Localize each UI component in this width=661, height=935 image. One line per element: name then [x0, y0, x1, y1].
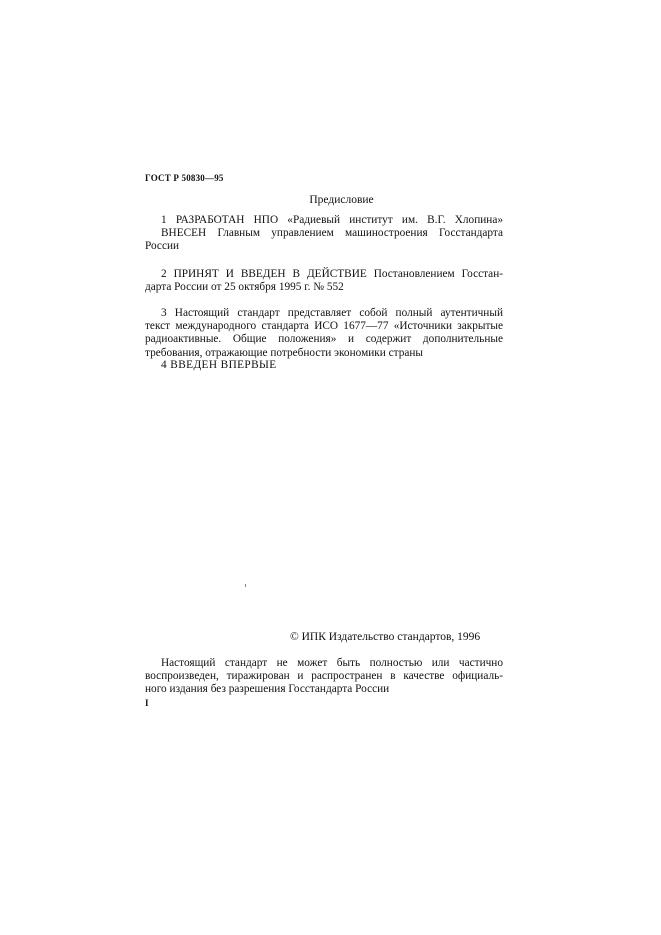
notice-line-2: воспроизведен, тиражирован и распростран… — [145, 670, 503, 683]
section-1-line-3: России — [145, 240, 503, 253]
section-3-line-2: текст международного стандарта ИСО 1677—… — [145, 320, 503, 333]
standard-header: ГОСТ Р 50830—95 — [145, 173, 224, 183]
section-1-line-1: 1 РАЗРАБОТАН НПО «Радиевый институт им. … — [145, 214, 503, 227]
section-3-line-4: требования, отражающие потребности эконо… — [145, 347, 503, 360]
notice-line-3: ного издания без разрешения Госстандарта… — [145, 683, 503, 696]
section-3: 3 Настоящий стандарт представляет собой … — [145, 307, 503, 360]
section-2-line-1: 2 ПРИНЯТ И ВВЕДЕН В ДЕЙСТВИЕ Постановлен… — [145, 268, 503, 281]
page-title: Предисловие — [0, 194, 661, 206]
page-number: I — [145, 698, 149, 708]
document-page: ГОСТ Р 50830—95 Предисловие 1 РАЗРАБОТАН… — [0, 0, 661, 935]
section-2-line-2: дарта России от 25 октября 1995 г. № 552 — [145, 281, 503, 294]
section-1: 1 РАЗРАБОТАН НПО «Радиевый институт им. … — [145, 214, 503, 254]
copyright-line: © ИПК Издательство стандартов, 1996 — [290, 631, 480, 643]
scan-artifact — [245, 584, 246, 587]
section-2: 2 ПРИНЯТ И ВВЕДЕН В ДЕЙСТВИЕ Постановлен… — [145, 268, 503, 294]
section-1-line-2: ВНЕСЕН Главным управлением машиностроени… — [145, 227, 503, 240]
notice-line-1: Настоящий стандарт не может быть полност… — [145, 657, 503, 670]
section-4: 4 ВВЕДЕН ВПЕРВЫЕ — [145, 359, 503, 372]
section-3-line-1: 3 Настоящий стандарт представляет собой … — [145, 307, 503, 320]
section-3-line-3: радиоактивные. Общие положения» и содерж… — [145, 333, 503, 346]
section-4-line-1: 4 ВВЕДЕН ВПЕРВЫЕ — [145, 359, 503, 372]
reproduction-notice: Настоящий стандарт не может быть полност… — [145, 657, 503, 697]
